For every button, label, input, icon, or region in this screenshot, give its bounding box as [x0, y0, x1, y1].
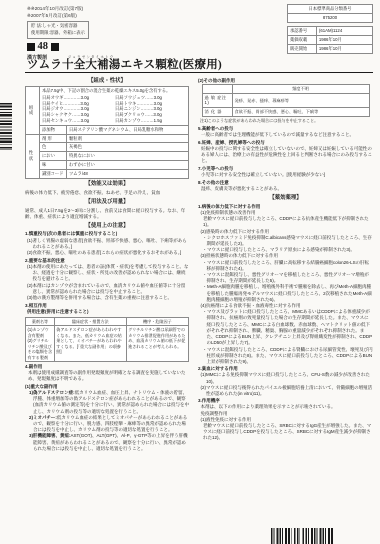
pharmacology-item: ・Meth-A細胞肉腫を移植し、増殖後外科手術で腫瘤を除去し、再びMeth-A細… — [198, 284, 373, 303]
approval-info-box: 日本標準商品分類番号 875200 承認番号 (61AM)1124 薬価収載 1… — [287, 4, 373, 54]
composition-content: 本品7.5g中、下記の割合の混合生薬の乾燥エキス5.0gを含有する。 日局オウギ… — [40, 87, 189, 125]
ingredient-list: 日局オウギ…………3.0g 日局ソウジュツ……3.0g 日局ケイヒ…………3.0… — [42, 95, 186, 124]
dosage-text: 通常、成人1日7.5gを2〜3回に分割し、食前又は食間に経口投与する。なお、年齢… — [25, 208, 189, 220]
basic-precaution-item: (1)本剤の使用にあたっては、患者の証(体質・症状)を考慮して投与すること。なお… — [25, 264, 189, 283]
approval-number-label: 承認番号 — [288, 26, 317, 35]
interaction-drug: (2)グリチルリチン酸及びその塩類を含有する製剤 — [28, 338, 53, 360]
table-row: 頻度不明 — [202, 84, 369, 93]
properties-row-label: 性状 — [26, 134, 40, 178]
title-reading: ジュウゼンタイホトウ — [62, 55, 121, 59]
product-title: ツムラ十全大補湯ジュウゼンタイホトウエキス顆粒(医療用) — [27, 55, 222, 71]
classification-box: 日本標準商品分類番号 875200 — [287, 4, 373, 23]
hypersensitivity-label: 過 敏 症注1) — [202, 93, 232, 108]
section-heading-dosage: 【用法及び用量】 — [25, 199, 189, 206]
price-listing-value: 1986年10月 — [316, 35, 372, 44]
table-row: 色 灰褐色 — [26, 143, 189, 152]
interaction-drugs-cell: (1)カンゾウ含有製剤 (2)グリチルリチン酸及びその塩類を含有する製剤 — [26, 326, 55, 362]
barcode-left-icon — [0, 103, 12, 150]
careful-item: (2)食欲不振、悪心、嘔吐のある患者[これらの症状が悪化するおそれがある。] — [25, 250, 189, 256]
price-listing-label: 薬価収載 — [288, 35, 317, 44]
storage-info-box: 貯 法:しゃ光・気密容器 使用期限:容器、外箱に表示 — [27, 21, 89, 39]
table-row: (1)カンゾウ含有製剤 (2)グリチルリチン酸及びその塩類を含有する製剤 偽アル… — [26, 326, 189, 362]
title-main: 十全大補湯 — [62, 59, 121, 71]
pharmacology-item: ・マウスに経口前投与したところ、肝臓に高転移する結腸癌細胞colon26-LSの… — [198, 260, 373, 272]
serious-reaction-item: 3)肝機能障害、黄疸:AST(GOT)、ALT(GPT)、Al-P、γ-GTP等… — [25, 433, 189, 452]
black-square-icon — [27, 43, 35, 51]
product-number-value: 48 — [38, 41, 49, 52]
section-heading-precautions: 【使用上の注意】 — [25, 223, 189, 230]
table-row: 識別コード ツムラ/48 — [26, 169, 189, 178]
table-row: 承認番号 (61AM)1124 — [288, 26, 373, 35]
table-row: 薬価収載 1986年10月 — [288, 35, 373, 44]
odor-value: 特異なにおい — [67, 152, 189, 161]
serious-reaction-item: 2)ミオパチー:低カリウム血症の結果としてミオパチーがあらわれることがあるので、… — [25, 415, 189, 434]
serious-reaction-name: 2)ミオパチー: — [29, 415, 57, 420]
gastro-value: 食欲不振、胃部不快感、悪心、嘔吐、下痢等 — [232, 108, 369, 117]
classification-number: 875200 — [288, 14, 372, 22]
table-row: 組成 本品7.5g中、下記の割合の混合生薬の乾燥エキス5.0gを含有する。 日局… — [26, 87, 189, 125]
table-row: 添加物 日局ステアリン酸マグネシウム、日局乳糖水和物 — [26, 125, 189, 134]
table-row: 薬剤名等 臨床症状・措置方法 機序・危険因子 — [26, 317, 189, 326]
id-code-value: ツムラ/48 — [67, 169, 189, 178]
section-heading-efficacy: 【効能又は効果】 — [25, 181, 189, 188]
taste-value: わずかに甘い — [67, 160, 189, 169]
package-insert-page: ※※2014年10月改訂(第7版) ※2007年5月改訂(第6版) 貯 法:しゃ… — [0, 0, 380, 544]
composition-row-label: 組成 — [26, 87, 40, 134]
footnote: 注1)このような症状があらわれた場合には投与を中止すること。 — [198, 118, 373, 124]
careful-item: (1)著しく胃腸の虚弱な患者[食欲不振、胃部不快感、悪心、嘔吐、下痢等があらわれ… — [25, 238, 189, 250]
basic-precaution-item: (3)他の漢方製剤等を併用する場合は、含有生薬の重複に注意すること。 — [25, 295, 189, 301]
table-row: におい 特異なにおい — [26, 152, 189, 161]
dosage-form-value: 顆粒剤 — [67, 134, 189, 143]
interaction-header-mechanism: 機序・危険因子 — [126, 317, 188, 326]
pharmacology-item: (2)マウスに経口投与後得られたパイエル板細胞培養上清において、骨髄細胞の増殖活… — [198, 385, 373, 397]
table-row: 過 敏 症注1) 発疹、発赤、掻痒、蕁麻疹等 — [202, 93, 369, 108]
pharmacology-item: ・シクロホスファミド免疫抑制C.albicans感染マウスに経口前投与したところ… — [198, 235, 373, 247]
odor-label: におい — [40, 152, 67, 161]
pharmacology-item: ・マウス及びラットに経口投与したところ、MMCあるいはCDDPによる体重減少が抑… — [198, 309, 373, 346]
dosage-form-label: 剤 形 — [40, 134, 67, 143]
table-row: 販売開始 1986年10月 — [288, 44, 373, 53]
black-square-icon — [51, 43, 59, 51]
title-prefix: ツムラ — [27, 59, 62, 71]
other-side-effects-table: 頻度不明 過 敏 症注1) 発疹、発赤、掻痒、蕁麻疹等 消 化 器 食欲不振、胃… — [202, 84, 370, 118]
expiry-note: 使用期限:容器、外箱に表示 — [31, 30, 85, 37]
color-label: 色 — [40, 143, 67, 152]
additive-value: 日局ステアリン酸マグネシウム、日局乳糖水和物 — [67, 125, 189, 134]
right-column: (2)その他の副作用 頻度不明 過 敏 症注1) 発疹、発赤、掻痒、蕁麻疹等 消… — [198, 75, 373, 452]
storage-method: 貯 法:しゃ光・気密容器 — [31, 23, 85, 30]
left-column: 【組成・性状】 組成 本品7.5g中、下記の割合の混合生薬の乾燥エキス5.0gを… — [25, 75, 189, 452]
approval-table: 承認番号 (61AM)1124 薬価収載 1986年10月 販売開始 1986年… — [287, 26, 373, 54]
barcode-bottom-icon — [271, 528, 333, 544]
table-row: 性状 剤 形 顆粒剤 — [26, 134, 189, 143]
ingredient: 日局センキュウ……3.0g — [42, 118, 113, 124]
additive-label: 添加物 — [40, 125, 67, 134]
frequency-header: 頻度不明 — [232, 84, 369, 93]
interaction-mechanism-cell: グリチルリチン酸は尿細管でのカリウム排泄促進作用があるため、血清カリウム値の低下… — [126, 326, 188, 362]
section-heading-pharmacology: 【薬効薬理】 — [198, 195, 373, 202]
id-code-label: 識別コード — [40, 169, 67, 178]
revision-block: ※※2014年10月改訂(第7版) ※2007年5月改訂(第6版) 貯 法:しゃ… — [27, 5, 89, 39]
classification-label: 日本標準商品分類番号 — [288, 5, 372, 14]
pharmacology-item: 老齢マウスに経口前投与したところ、SRBCに対するIgG産生が増強した。また、マ… — [198, 423, 373, 442]
serious-reaction-name: 3)肝機能障害、黄疸: — [29, 433, 71, 438]
taste-label: 味 — [40, 160, 67, 169]
revision-line-2: ※2007年5月改訂(第6版) — [27, 12, 89, 19]
interaction-header-symptom: 臨床症状・措置方法 — [54, 317, 126, 326]
interaction-header-drug: 薬剤名等 — [26, 317, 55, 326]
title-suffix: エキス顆粒(医療用) — [121, 59, 222, 71]
composition-intro: 本品7.5g中、下記の割合の混合生薬の乾燥エキス5.0gを含有する。 — [42, 88, 186, 94]
interaction-symptom-cell: 偽アルドステロン症があらわれやすくなる。また、低カリウム血症の結果として、ミオパ… — [54, 326, 126, 362]
pregnancy-text: 妊娠中の投与に関する安全性は確立していないので、妊婦又は妊娠している可能性のある… — [198, 146, 373, 165]
efficacy-text: 病後の体力低下、疲労倦怠、食欲不振、ねあせ、手足の冷え、貧血 — [25, 190, 189, 196]
elderly-text: 一般に高齢者では生理機能が低下しているので減量するなど注意すること。 — [198, 132, 373, 138]
interaction-drug: (1)カンゾウ含有製剤 — [28, 327, 53, 338]
revision-line-1: ※※2014年10月改訂(第7版) — [27, 5, 89, 12]
ingredient: 日局カンゾウ………1.5g — [115, 118, 186, 124]
pharmacology-item: ・マウスに混餌投与し、悪性グリオーマを移植したところ、悪性グリオーマ増殖が抑制さ… — [198, 272, 373, 284]
table-row: 消 化 器 食欲不振、胃部不快感、悪心、嘔吐、下痢等 — [202, 108, 369, 117]
product-number: 48 — [27, 41, 59, 52]
pediatric-text: 小児等に対する安全性は確立していない。[使用経験が少ない] — [198, 172, 373, 178]
serious-reaction-item: 1)偽アルドステロン症:低カリウム血症、血圧上昇、ナトリウム・体液の貯留、浮腫、… — [25, 390, 189, 415]
hypersensitivity-value: 発疹、発赤、掻痒、蕁麻疹等 — [232, 93, 369, 108]
empty-corner-cell — [202, 84, 232, 93]
interaction-table: 薬剤名等 臨床症状・措置方法 機序・危険因子 (1)カンゾウ含有製剤 (2)グリ… — [25, 317, 189, 363]
approval-number-value: (61AM)1124 — [316, 26, 372, 35]
composition-table: 組成 本品7.5g中、下記の割合の混合生薬の乾燥エキス5.0gを含有する。 日局… — [25, 86, 189, 178]
adverse-reactions-intro: 本剤は使用成績調査等の副作用発現頻度が明確となる調査を実施していないため、発現頻… — [25, 370, 189, 382]
interaction-subtitle: 併用注意(併用に注意すること) — [25, 309, 189, 315]
launch-date-value: 1986年10月 — [316, 44, 372, 53]
title-divider — [25, 72, 373, 74]
serious-reaction-name: 1)偽アルドステロン症: — [29, 390, 75, 395]
pharmacology-item: 老齢マウスに経口前投与したところ、CDDPによる抗体産生機能低下が抑制された1)… — [198, 216, 373, 228]
launch-date-label: 販売開始 — [288, 44, 317, 53]
pharmacology-item: (1)MMCによる免疫抑制マウスに経口投与したところ、CFU-S数の減少が改善さ… — [198, 372, 373, 384]
content-columns: 【組成・性状】 組成 本品7.5g中、下記の割合の混合生薬の乾燥エキス5.0gを… — [25, 75, 373, 452]
pharmacology-item: ・マウスに混餌投与したところ、CDDPによる腎臓における尿細管変性、壊死及び円柱… — [198, 347, 373, 366]
interaction-title: 3.相互作用 — [25, 303, 189, 309]
gastro-label: 消 化 器 — [202, 108, 232, 117]
other-notes-text: 湿疹、皮膚炎等が悪化することがある。 — [198, 186, 373, 192]
title-main-ruby: 十全大補湯ジュウゼンタイホトウ — [62, 59, 121, 71]
color-value: 灰褐色 — [67, 143, 189, 152]
section-heading-composition: 【組成・性状】 — [25, 78, 189, 85]
serious-reaction-text: 低カリウム血症の結果としてミオパチーがあらわれることがあるので、観察を十分に行い… — [33, 415, 187, 432]
table-row: 味 わずかに甘い — [26, 160, 189, 169]
basic-precaution-item: (2)本剤にはカンゾウが含まれているので、血清カリウム値や血圧値等に十分留意し、… — [25, 283, 189, 295]
